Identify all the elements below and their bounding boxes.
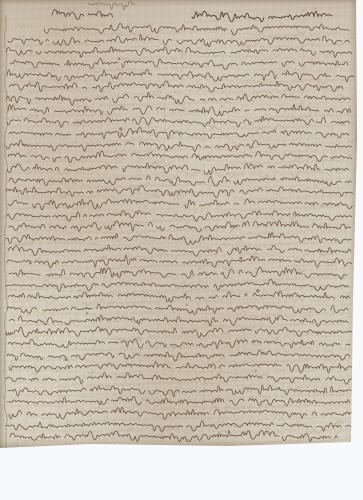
- handwriting-lines: [6, 24, 357, 442]
- bleedthrough-texture: [6, 7, 356, 440]
- letter-scan: [0, 0, 363, 500]
- letter-paper: [0, 0, 357, 448]
- handwriting-svg: [0, 0, 357, 448]
- fold-crease: [4, 16, 7, 448]
- header-marks: [52, 1, 332, 21]
